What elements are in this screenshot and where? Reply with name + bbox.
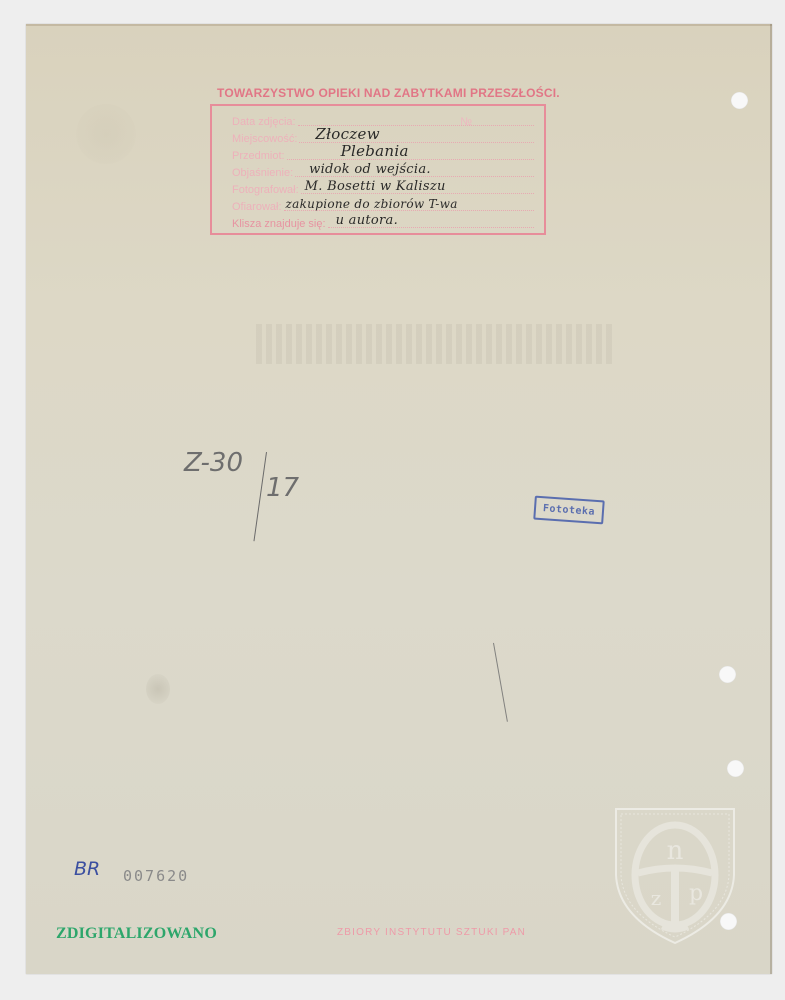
number-label: № (460, 116, 472, 128)
inventory-prefix: BR (74, 858, 100, 880)
society-stamp-title: TOWARZYSTWO OPIEKI NAD ZABYTKAMI PRZESZŁ… (217, 86, 557, 100)
paper-edge (26, 24, 772, 26)
stain (76, 104, 136, 164)
field-label: Przedmiot: (232, 150, 285, 162)
pencil-signature-left: Z-30 (184, 448, 243, 478)
field-donor: Ofiarował: zakupione do zbiorów T-wa (232, 197, 534, 213)
field-photographer: Fotografował: M. Bosetti w Kaliszu (232, 180, 534, 196)
svg-text:z: z (651, 886, 662, 910)
field-value: Plebania (341, 142, 409, 160)
digitized-stamp: ZDIGITALIZOWANO (56, 925, 217, 943)
svg-text:n: n (667, 836, 684, 866)
stain (146, 674, 170, 704)
punch-hole (727, 760, 744, 777)
punch-hole (720, 913, 737, 930)
field-value: u autora. (336, 213, 398, 228)
field-value: widok od wejścia. (309, 162, 431, 177)
collection-stamp: ZBIORY INSTYTUTU SZTUKI PAN (337, 927, 526, 938)
ghost-print (256, 324, 616, 364)
emblem-watermark-icon: n z p (612, 805, 738, 945)
field-label: Miejscowość: (232, 133, 297, 145)
paper-edge (770, 24, 772, 974)
field-value: zakupione do zbiorów T-wa (286, 197, 458, 211)
catalog-stamp: Data zdjęcia: № Miejscowość: Złoczew Prz… (210, 104, 546, 235)
field-value: M. Bosetti w Kaliszu (305, 179, 446, 194)
field-label: Ofiarował: (232, 201, 282, 213)
field-subject: Przedmiot: Plebania (232, 146, 534, 162)
svg-text:p: p (689, 881, 703, 906)
field-date: Data zdjęcia: № (232, 112, 534, 128)
pencil-signature-right: 17 (266, 473, 299, 503)
field-negative: Klisza znajduje się: u autora. (232, 214, 534, 230)
punch-hole (719, 666, 736, 683)
field-description: Objaśnienie: widok od wejścia. (232, 163, 534, 179)
field-value: Złoczew (315, 125, 379, 143)
field-label: Fotografował: (232, 184, 299, 196)
field-label: Data zdjęcia: (232, 116, 296, 128)
punch-hole (731, 92, 748, 109)
field-label: Objaśnienie: (232, 167, 293, 179)
inventory-number: 007620 (123, 867, 189, 885)
field-label: Klisza znajduje się: (232, 218, 326, 230)
fototeka-stamp: Fototeka (533, 496, 605, 525)
